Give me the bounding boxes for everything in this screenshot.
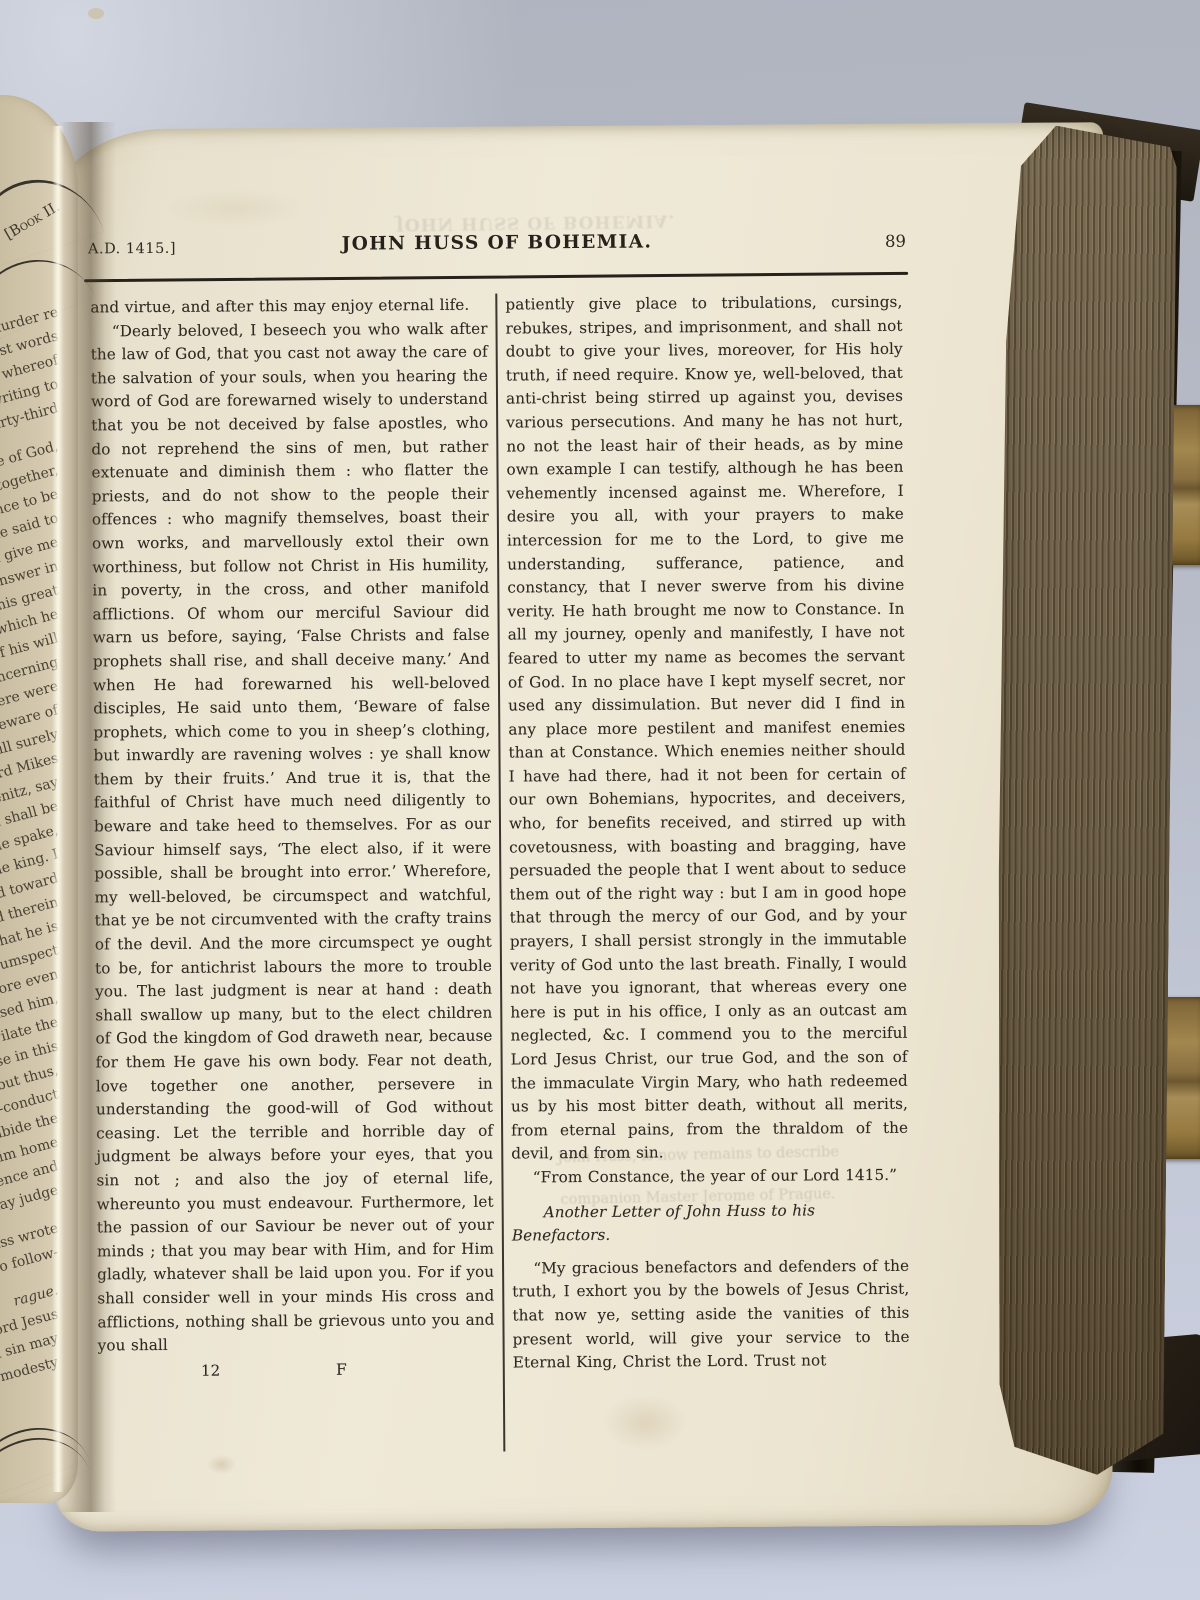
paragraph: “My gracious benefactors and defenders o… [512,1254,910,1375]
page-header: A.D. 1415.] JOHN HUSS OF BOHEMIA. 89 [86,230,908,266]
facing-page-curl: [Book II. murder rehis last wordsuss, wh… [0,95,78,1503]
column-divider [495,294,505,1452]
signature-row: 12 F [98,1355,495,1384]
signature-mark-f: F [336,1358,347,1382]
page-stain [206,1454,236,1474]
text-column-left: and virtue, and after this may enjoy ete… [90,294,495,1384]
header-title: JOHN HUSS OF BOHEMIA. [86,230,908,257]
header-rule [84,272,908,282]
paragraph: patiently give place to tribulations, cu… [505,291,908,1167]
header-page-number: 89 [885,232,906,251]
page-stain [88,8,104,19]
text-column-right: patiently give place to tribulations, cu… [505,291,910,1375]
page-stain [166,188,306,229]
text-columns: and virtue, and after this may enjoy ete… [90,291,912,1455]
signature-mark-12: 12 [201,1359,220,1383]
page-block-fore-edge [990,125,1177,1481]
book-page: JOHN HUSS OF BOHEMIA. John Huss, is now … [45,122,1113,1531]
paragraph: and virtue, and after this may enjoy ete… [90,294,487,320]
margin-fragments: murder rehis last wordsuss, whereofns, w… [0,300,58,1374]
photo-background: { "photo": { "background_top": "#b4b8c4"… [0,0,1200,1600]
paragraph: “From Constance, the year of our Lord 14… [511,1164,908,1190]
page-curl-highlight [52,126,64,1492]
paragraph: “Dearly beloved, I beseech you who walk … [90,317,494,1358]
section-subheading: Another Letter of John Huss to his Benef… [512,1198,909,1248]
